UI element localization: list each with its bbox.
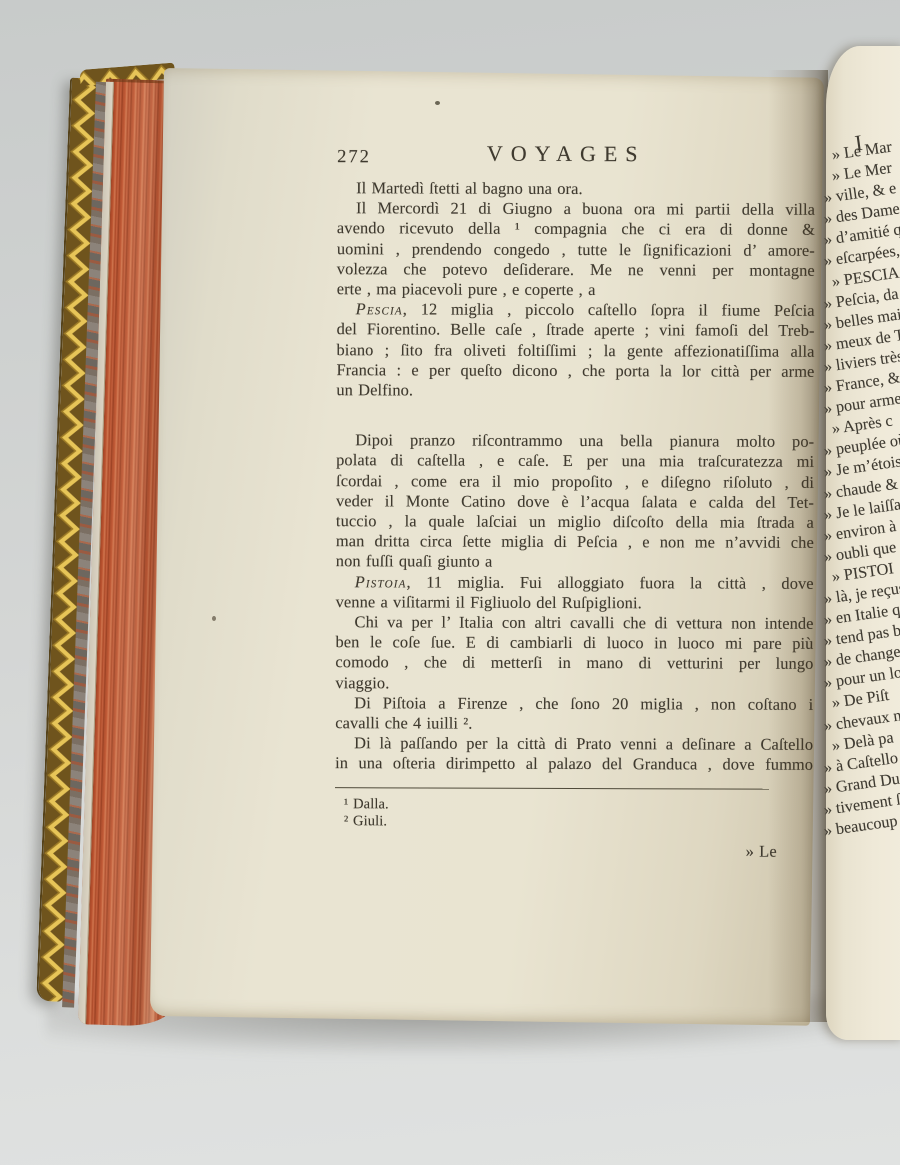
text-line: uomini , prendendo congedo , tutte le ſi… bbox=[337, 239, 815, 261]
text-line: Di là paſſando per la città di Prato ven… bbox=[335, 733, 813, 755]
text-line: Chi va per l’ Italia con altri cavalli c… bbox=[336, 612, 814, 634]
left-page-text: 272 VOYAGES Il Martedì ſtetti al bagno u… bbox=[335, 141, 816, 862]
text-line: veder il Monte Catino dove è l’acqua ſal… bbox=[336, 491, 814, 513]
text-line: non fuſſi quaſi giunto a bbox=[336, 552, 814, 574]
text-line: Di Piſtoia a Firenze , che ſono 20 migli… bbox=[335, 693, 813, 715]
paragraph: Il Mercordì 21 di Giugno a buona ora mi … bbox=[337, 198, 815, 301]
ink-speck bbox=[212, 616, 216, 621]
text-line: un Delfino. bbox=[336, 380, 814, 402]
running-title: VOYAGES bbox=[337, 141, 815, 165]
text-line: polata di caſtella , e caſe. E per una m… bbox=[336, 451, 814, 473]
book-photo-stage: 272 VOYAGES Il Martedì ſtetti al bagno u… bbox=[0, 0, 900, 1165]
page-number: 272 bbox=[337, 147, 371, 167]
footnote: ² Giuli. bbox=[335, 813, 813, 832]
right-page-text: » Le Mar » Le Mer» ville, & e» des Dames… bbox=[824, 146, 900, 842]
paragraph: Chi va per l’ Italia con altri cavalli c… bbox=[335, 612, 813, 694]
paragraph: Il Martedì ſtetti al bagno una ora. bbox=[337, 178, 815, 200]
text-line: Francia : e per queſto dicono , che port… bbox=[336, 360, 814, 382]
paragraph: Dipoi pranzo riſcontrammo una bella pian… bbox=[336, 430, 814, 573]
text-line: biano ; ſito fra oliveti foltiſſimi ; la… bbox=[336, 340, 814, 362]
footnote-rule bbox=[335, 787, 769, 790]
text-line: del Fiorentino. Belle caſe , ſtrade aper… bbox=[337, 320, 815, 342]
text-line: in una oſteria dirimpetto al palazo del … bbox=[335, 754, 813, 776]
text-line: Dipoi pranzo riſcontrammo una bella pian… bbox=[336, 430, 814, 452]
text-line: erte , ma piacevoli pure , e coperte , a bbox=[337, 279, 815, 301]
text-line: Il Martedì ſtetti al bagno una ora. bbox=[337, 178, 815, 200]
text-line: venne a viſitarmi il Figliuolo del Ruſpi… bbox=[336, 592, 814, 614]
text-line: ſcordai , come era il mio propoſito , e … bbox=[336, 471, 814, 493]
text-line: avendo ricevuto della ¹ compagnia che ci… bbox=[337, 219, 815, 241]
place-name-lead: Pescia bbox=[356, 299, 403, 318]
footnote: ¹ Dalla. bbox=[335, 796, 813, 815]
text-line-rest: , 12 miglia , piccolo caſtello ſopra il … bbox=[403, 300, 815, 320]
paragraph-pistoia: Pistoia, 11 miglia. Fui alloggiato fuora… bbox=[336, 572, 814, 614]
text-line: comodo , che di metterſi in mano di vett… bbox=[335, 653, 813, 675]
place-name-lead: Pistoia bbox=[355, 572, 407, 591]
text-line: ben le coſe ſue. E di cambiarli di luoco… bbox=[335, 632, 813, 654]
text-line: viaggio. bbox=[335, 673, 813, 695]
paragraph: Di là paſſando per la città di Prato ven… bbox=[335, 733, 813, 775]
text-line: volezza che potevo deſiderare. Me ne ven… bbox=[337, 259, 815, 281]
text-line: Pescia, 12 miglia , piccolo caſtello ſop… bbox=[337, 299, 815, 321]
text-line: man dritta circa ſette miglia di Peſcia … bbox=[336, 531, 814, 553]
ink-speck bbox=[435, 101, 440, 105]
paragraph-pescia: Pescia, 12 miglia , piccolo caſtello ſop… bbox=[336, 299, 814, 402]
text-line: cavalli che 4 iuilli ². bbox=[335, 713, 813, 735]
gutter-shadow bbox=[768, 70, 828, 1022]
catchword: » Le bbox=[335, 840, 813, 862]
text-line: Il Mercordì 21 di Giugno a buona ora mi … bbox=[337, 198, 815, 220]
page-header: 272 VOYAGES bbox=[337, 141, 815, 173]
text-line: Pistoia, 11 miglia. Fui alloggiato fuora… bbox=[336, 572, 814, 594]
text-line: tuccio , la quale laſciai un miglio diſc… bbox=[336, 511, 814, 533]
text-line-rest: , 11 miglia. Fui alloggiato fuora la cit… bbox=[407, 572, 814, 592]
paragraph: Di Piſtoia a Firenze , che ſono 20 migli… bbox=[335, 693, 813, 735]
